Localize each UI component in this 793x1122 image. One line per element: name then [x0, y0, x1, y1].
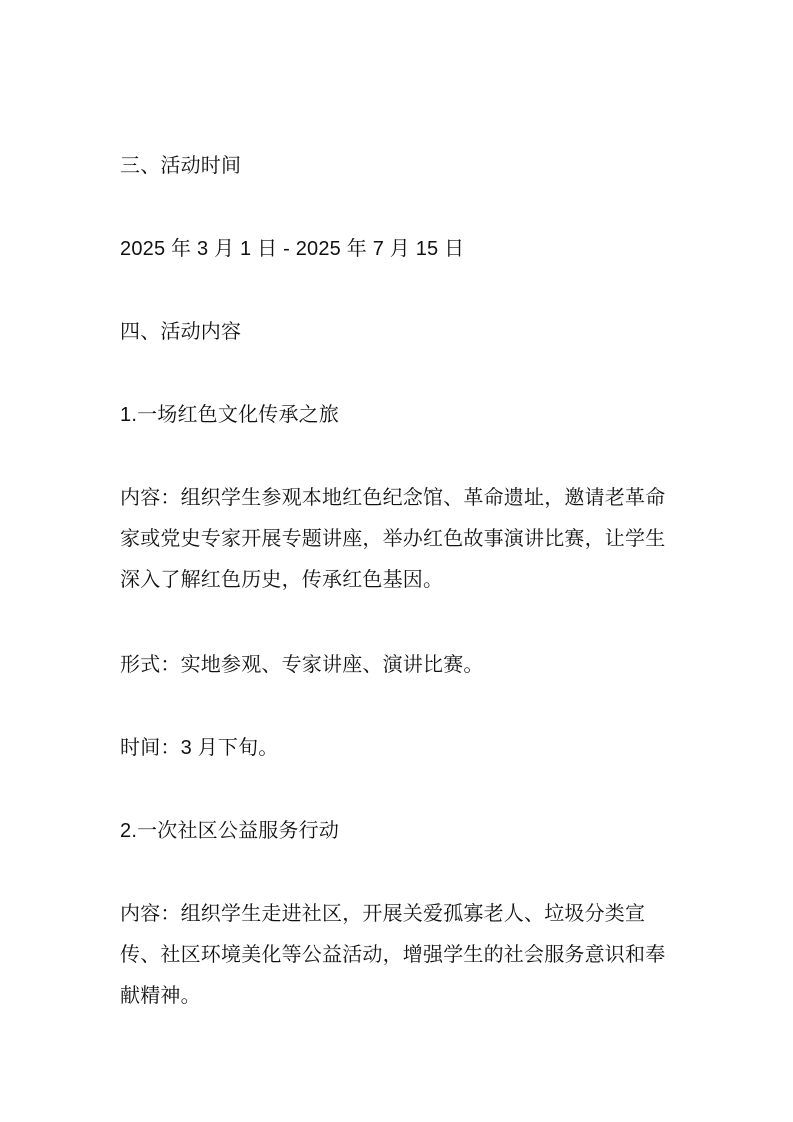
- item-1-time: 时间：3 月下旬。: [120, 728, 676, 769]
- item-2-heading: 2.一次社区公益服务行动: [120, 811, 676, 852]
- section-heading-activity-time: 三、活动时间: [120, 146, 676, 187]
- document-page: 三、活动时间 2025 年 3 月 1 日 - 2025 年 7 月 15 日 …: [0, 0, 793, 1122]
- item-1-content: 内容：组织学生参观本地红色纪念馆、革命遗址，邀请老革命家或党史专家开展专题讲座，…: [120, 478, 676, 601]
- item-1-heading: 1.一场红色文化传承之旅: [120, 395, 676, 436]
- item-1-format: 形式：实地参观、专家讲座、演讲比赛。: [120, 645, 676, 686]
- item-2-content: 内容：组织学生走进社区，开展关爱孤寡老人、垃圾分类宣传、社区环境美化等公益活动，…: [120, 894, 676, 1017]
- section-heading-activity-content: 四、活动内容: [120, 312, 676, 353]
- activity-date-range: 2025 年 3 月 1 日 - 2025 年 7 月 15 日: [120, 229, 676, 270]
